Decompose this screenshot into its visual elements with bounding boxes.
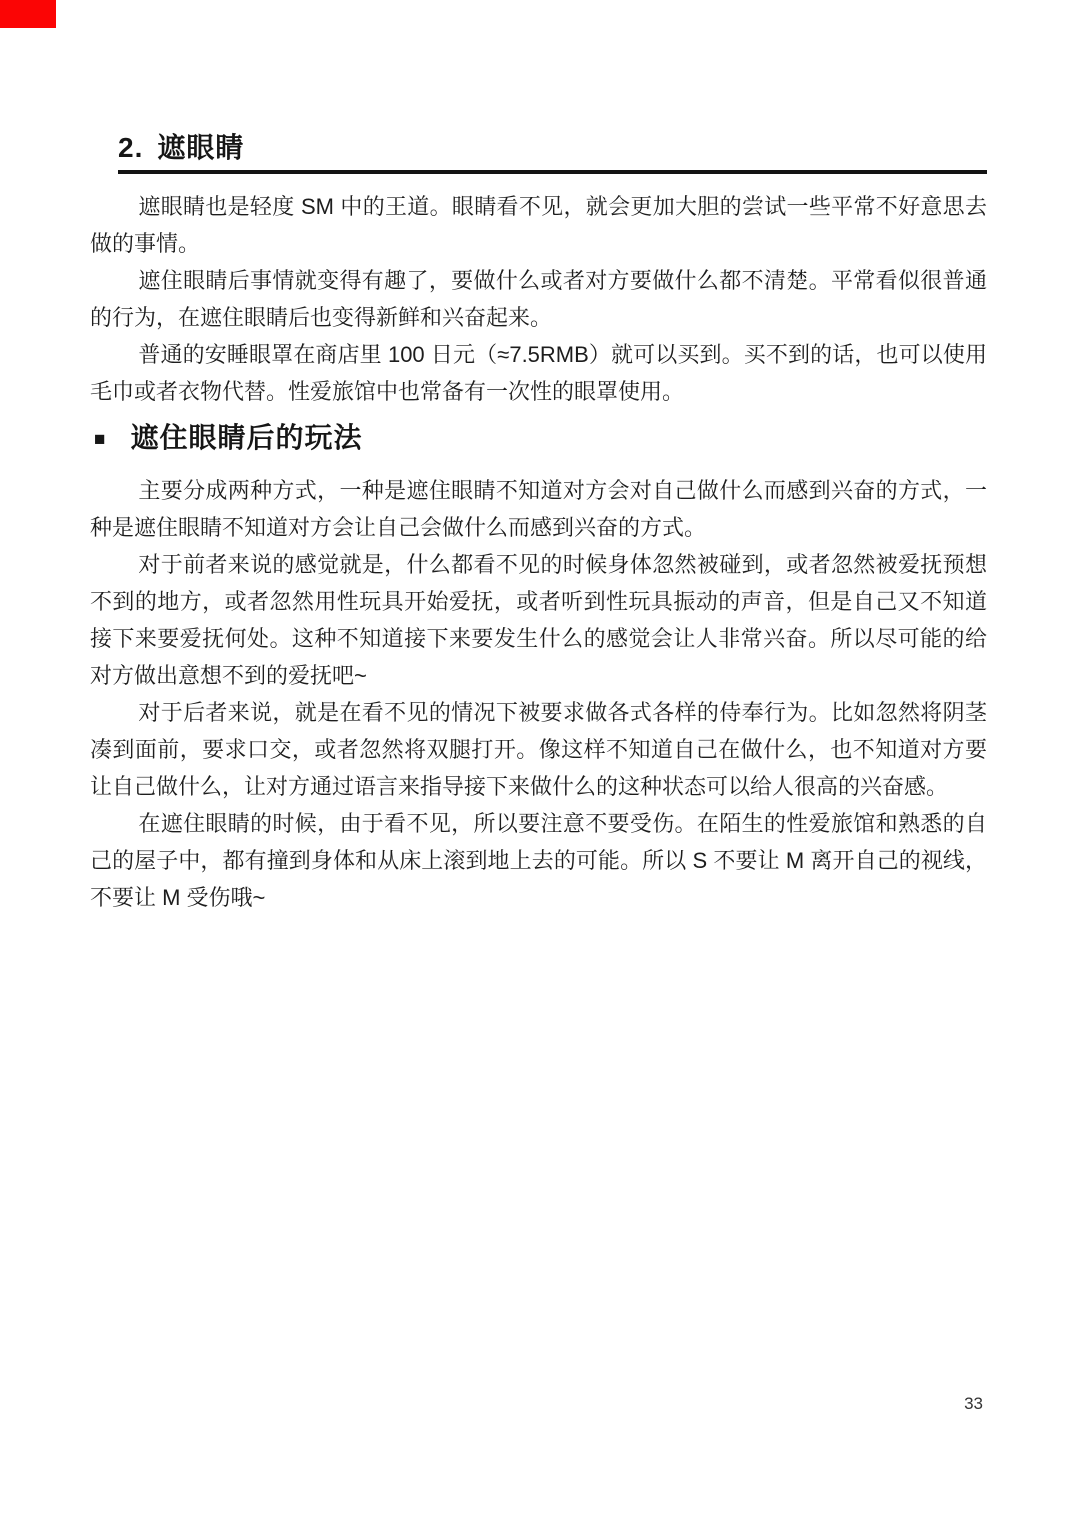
- section-paragraph-2: 对于前者来说的感觉就是，什么都看不见的时候身体忽然被碰到，或者忽然被爱抚预想不到…: [90, 546, 987, 694]
- document-page-content: 2.遮眼睛 遮眼睛也是轻度 SM 中的王道。眼睛看不见，就会更加大胆的尝试一些平…: [90, 0, 987, 916]
- intro-paragraph-3: 普通的安睡眼罩在商店里 100 日元（≈7.5RMB）就可以买到。买不到的话，也…: [90, 336, 987, 410]
- page-number: 33: [964, 1394, 983, 1414]
- section-title: 遮住眼睛后的玩法: [130, 420, 362, 456]
- chapter-number: 2.: [118, 130, 143, 166]
- section-paragraph-4: 在遮住眼睛的时候，由于看不见，所以要注意不要受伤。在陌生的性爱旅馆和熟悉的自己的…: [90, 805, 987, 916]
- section-paragraph-3: 对于后者来说，就是在看不见的情况下被要求做各式各样的侍奉行为。比如忽然将阴茎凑到…: [90, 694, 987, 805]
- red-corner-mark: [0, 0, 56, 28]
- intro-paragraph-2: 遮住眼睛后事情就变得有趣了，要做什么或者对方要做什么都不清楚。平常看似很普通的行…: [90, 262, 987, 336]
- square-bullet-icon: ■: [94, 430, 106, 449]
- intro-paragraph-1: 遮眼睛也是轻度 SM 中的王道。眼睛看不见，就会更加大胆的尝试一些平常不好意思去…: [90, 188, 987, 262]
- chapter-title: 遮眼睛: [157, 132, 244, 163]
- section-paragraph-1: 主要分成两种方式，一种是遮住眼睛不知道对方会对自己做什么而感到兴奋的方式，一种是…: [90, 472, 987, 546]
- chapter-heading: 2.遮眼睛: [118, 130, 987, 174]
- section-heading: ■遮住眼睛后的玩法: [90, 420, 987, 456]
